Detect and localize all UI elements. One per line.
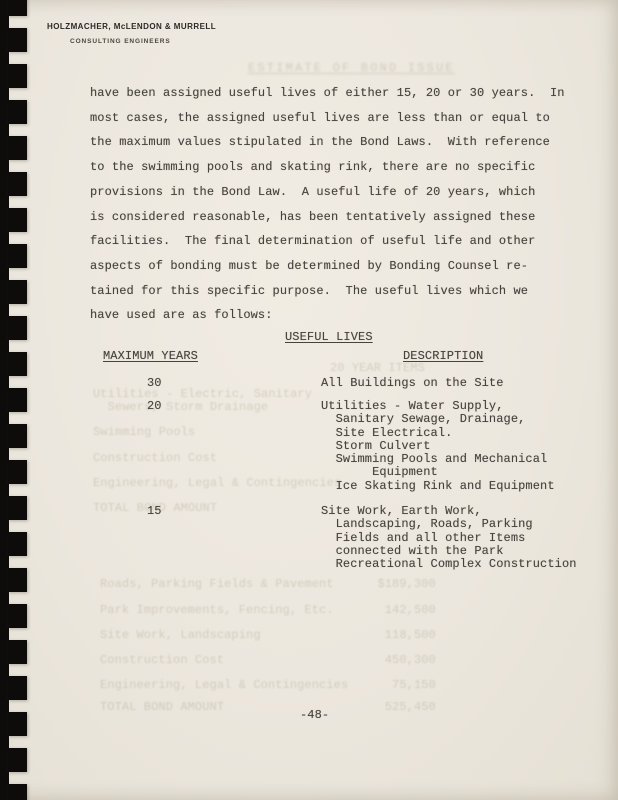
page-number: -48- bbox=[300, 709, 329, 722]
years-value: 15 bbox=[147, 505, 162, 518]
letterhead-firm-name: HOLZMACHER, McLENDON & MURRELL bbox=[47, 22, 216, 31]
description-value: Site Work, Earth Work, Landscaping, Road… bbox=[321, 505, 577, 571]
scanned-report-page: ESTIMATE OF BOND ISSUE 20 YEAR ITEMS Uti… bbox=[0, 0, 618, 800]
years-value: 30 bbox=[147, 377, 162, 390]
body-paragraph: have been assigned useful lives of eithe… bbox=[90, 81, 565, 328]
letterhead-firm-subtitle: CONSULTING ENGINEERS bbox=[70, 38, 171, 45]
table-title: USEFUL LIVES bbox=[285, 331, 373, 344]
comb-binding-teeth bbox=[8, 0, 27, 800]
description-value: Utilities - Water Supply, Sanitary Sewag… bbox=[321, 400, 555, 493]
column-header-maximum-years: MAXIMUM YEARS bbox=[103, 350, 198, 363]
page-content: HOLZMACHER, McLENDON & MURRELL CONSULTIN… bbox=[0, 0, 618, 800]
column-header-description: DESCRIPTION bbox=[403, 350, 483, 363]
description-value: All Buildings on the Site bbox=[321, 377, 504, 390]
years-value: 20 bbox=[147, 400, 162, 413]
